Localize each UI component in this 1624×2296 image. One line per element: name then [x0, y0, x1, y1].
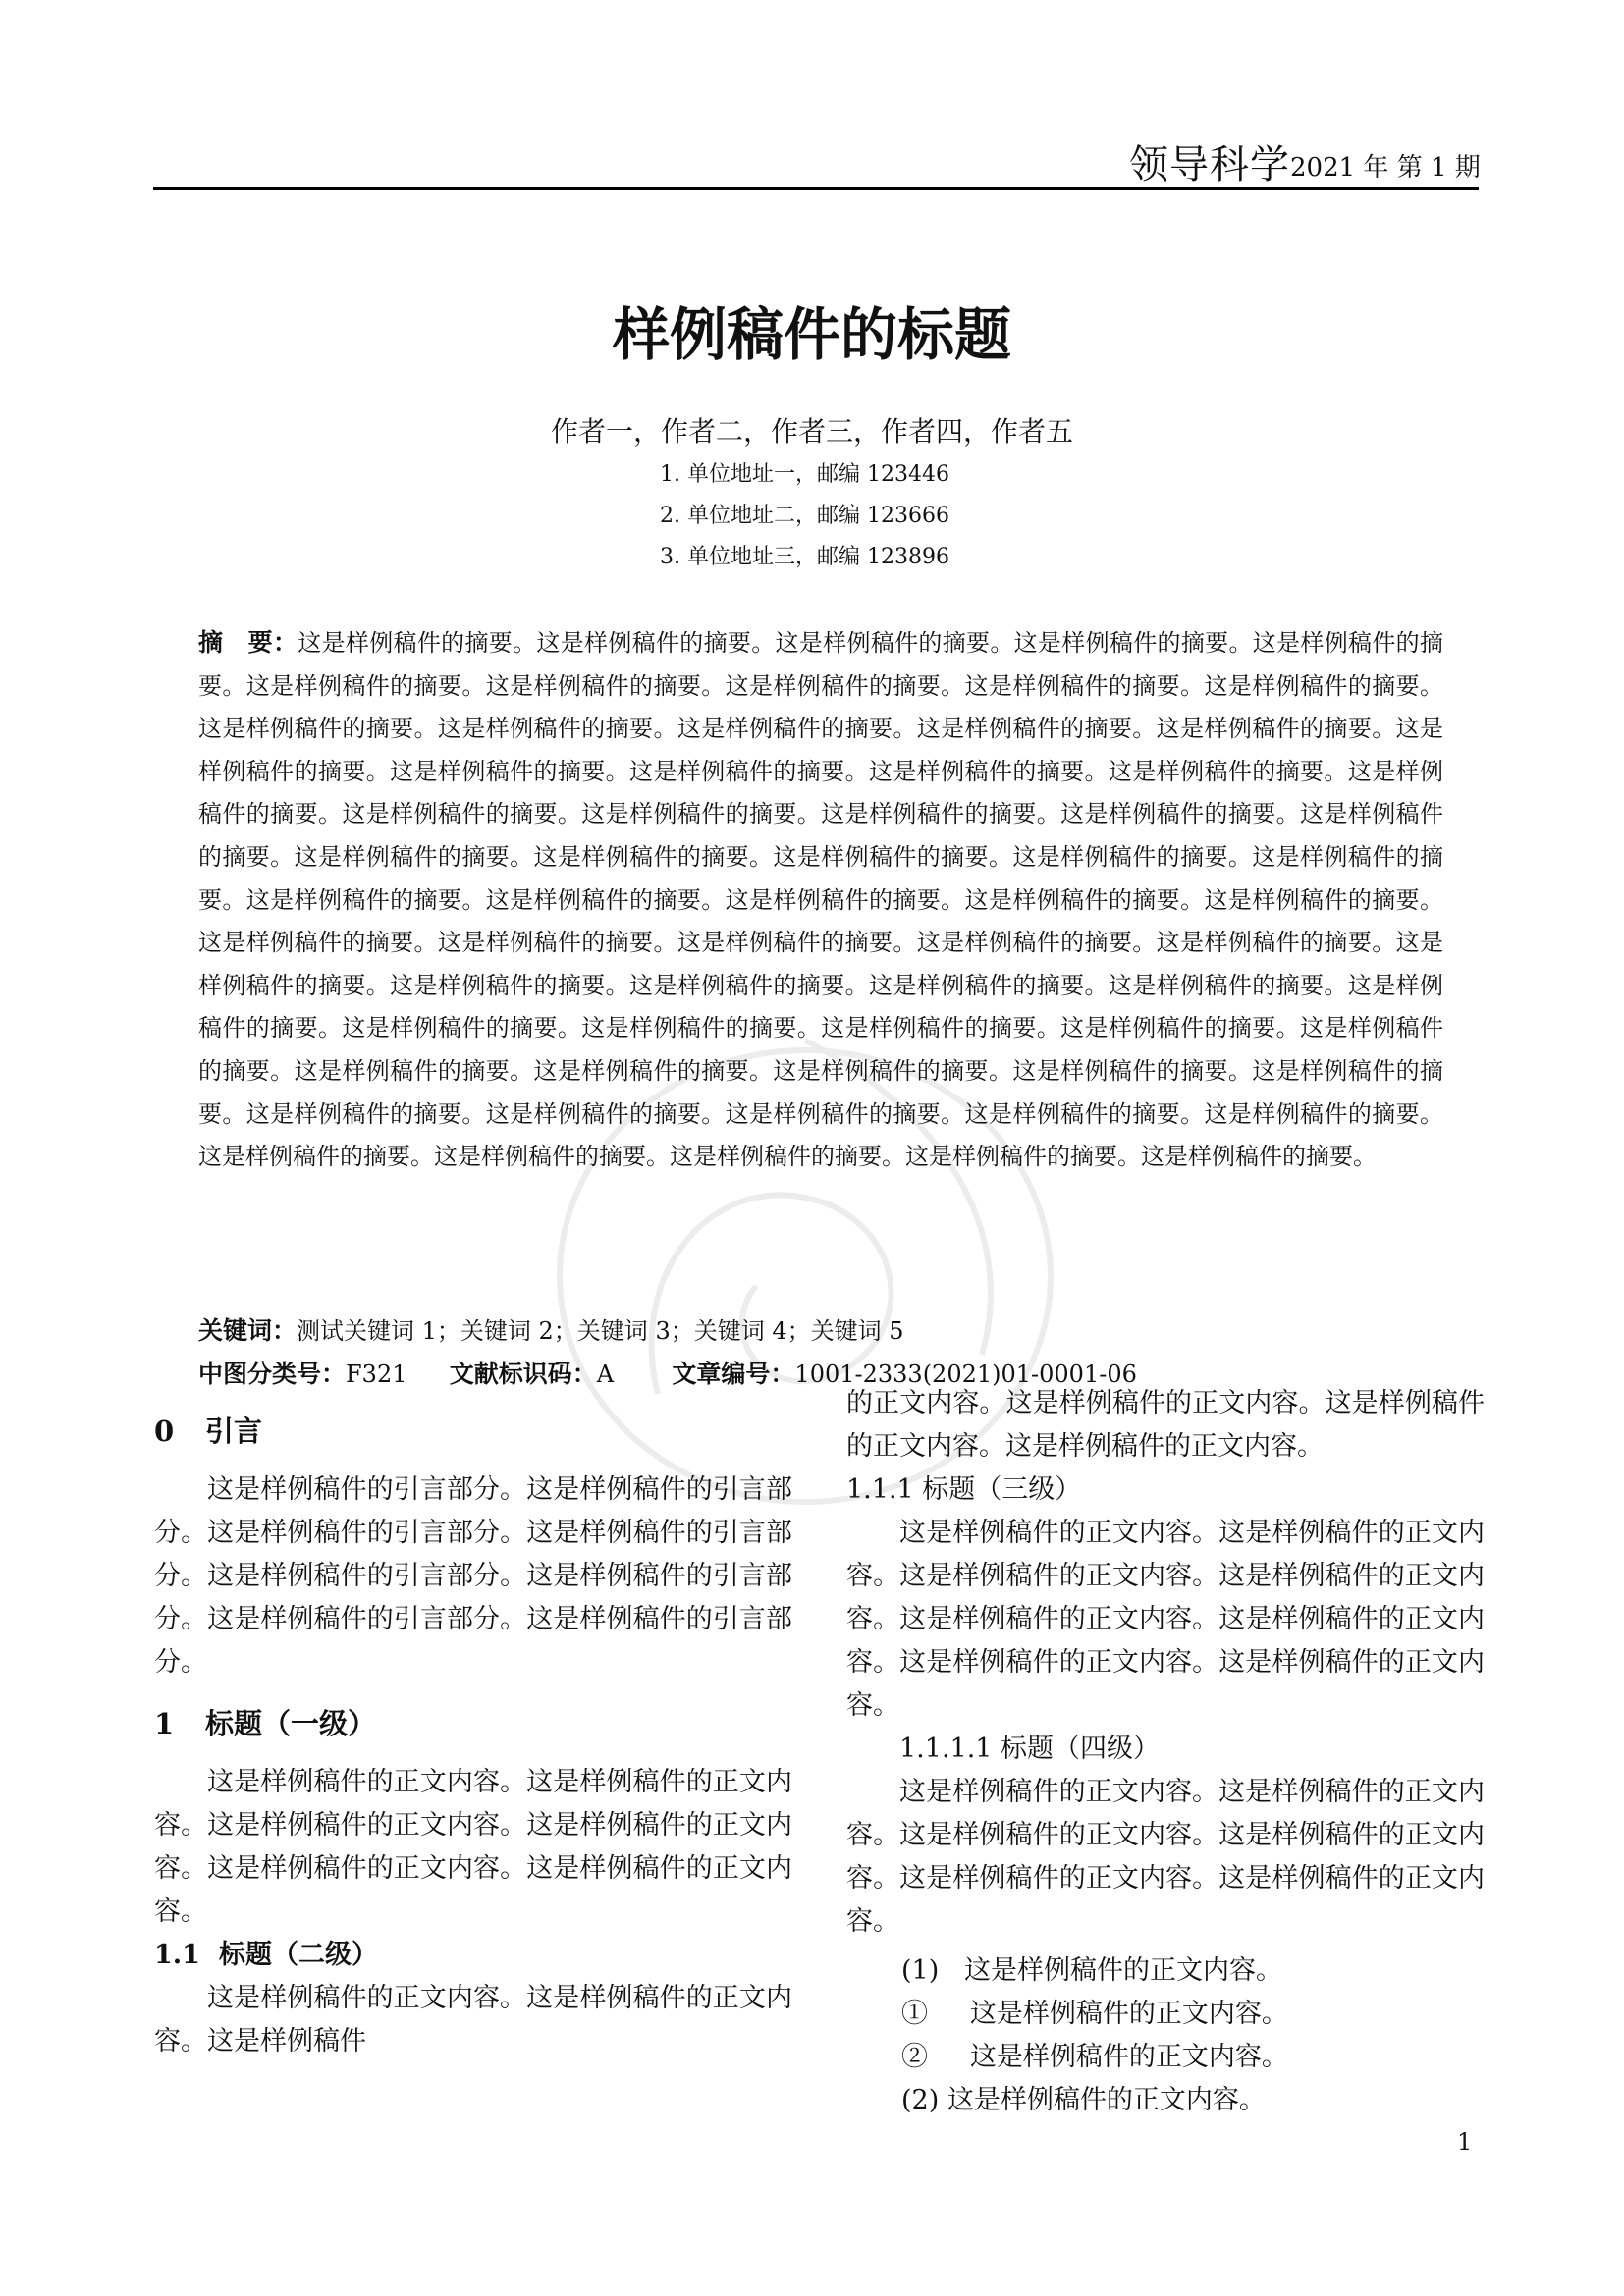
- paper-title: 样例稿件的标题: [0, 289, 1624, 371]
- list-item-1: (1) 这是样例稿件的正文内容。: [846, 1949, 1485, 1993]
- section-heading-1: 1标题（一级）: [154, 1702, 792, 1745]
- affiliation-2: 2. 单位地址二，邮编 123666: [660, 499, 949, 529]
- doc-code-value: A: [597, 1361, 614, 1388]
- keywords-line: 关键词：测试关键词 1；关键词 2；关键词 3；关键词 4；关键词 5: [198, 1311, 904, 1347]
- section-heading-1-1-1-1: 1.1.1.1 标题（四级）: [846, 1728, 1485, 1771]
- keywords-label: 关键词：: [198, 1316, 297, 1345]
- section-1-1-1-1-paragraph: 这是样例稿件的正文内容。这是样例稿件的正文内容。这是样例稿件的正文内容。这是样例…: [846, 1771, 1485, 1944]
- list-item-1a: ① 这是样例稿件的正文内容。: [846, 1993, 1485, 2036]
- section-1-1-1-paragraph: 这是样例稿件的正文内容。这是样例稿件的正文内容。这是样例稿件的正文内容。这是样例…: [846, 1512, 1485, 1728]
- section-1-paragraph: 这是样例稿件的正文内容。这是样例稿件的正文内容。这是样例稿件的正文内容。这是样例…: [154, 1761, 792, 1934]
- abstract: 摘 要：这是样例稿件的摘要。这是样例稿件的摘要。这是样例稿件的摘要。这是样例稿件…: [198, 621, 1443, 1179]
- continued-paragraph: 的正文内容。这是样例稿件的正文内容。这是样例稿件的正文内容。这是样例稿件的正文内…: [846, 1382, 1485, 1468]
- journal-issue: 2021 年 第 1 期: [1290, 147, 1481, 184]
- affiliation-3: 3. 单位地址三，邮编 123896: [660, 540, 949, 570]
- article-no-label: 文章编号：: [672, 1360, 794, 1388]
- journal-name: 领导科学: [1129, 133, 1290, 189]
- section-heading-1-1-1: 1.1.1 标题（三级）: [846, 1468, 1485, 1512]
- page-number: 1: [1457, 2128, 1472, 2156]
- author-list: 作者一，作者二，作者三，作者四，作者五: [0, 410, 1624, 450]
- abstract-text: 这是样例稿件的摘要。这是样例稿件的摘要。这是样例稿件的摘要。这是样例稿件的摘要。…: [198, 629, 1443, 1170]
- left-column: 0引言 这是样例稿件的引言部分。这是样例稿件的引言部分。这是样例稿件的引言部分。…: [154, 1410, 792, 2063]
- list-item-1b: ② 这是样例稿件的正文内容。: [846, 2036, 1485, 2079]
- section-heading-0: 0引言: [154, 1410, 792, 1453]
- keywords-text: 测试关键词 1；关键词 2；关键词 3；关键词 4；关键词 5: [297, 1317, 904, 1345]
- list-item-2: (2) 这是样例稿件的正文内容。: [846, 2079, 1485, 2122]
- intro-paragraph: 这是样例稿件的引言部分。这是样例稿件的引言部分。这是样例稿件的引言部分。这是样例…: [154, 1468, 792, 1684]
- header-rule: [153, 187, 1479, 190]
- affiliation-1: 1. 单位地址一，邮编 123446: [660, 457, 949, 488]
- clc-label: 中图分类号：: [198, 1360, 346, 1388]
- clc-value: F321: [346, 1361, 406, 1388]
- doc-code-label: 文献标识码：: [450, 1360, 597, 1388]
- right-column: 的正文内容。这是样例稿件的正文内容。这是样例稿件的正文内容。这是样例稿件的正文内…: [846, 1382, 1485, 2122]
- section-1-1-paragraph: 这是样例稿件的正文内容。这是样例稿件的正文内容。这是样例稿件: [154, 1977, 792, 2063]
- section-heading-1-1: 1.1标题（二级）: [154, 1934, 792, 1977]
- abstract-label: 摘 要：: [198, 628, 298, 657]
